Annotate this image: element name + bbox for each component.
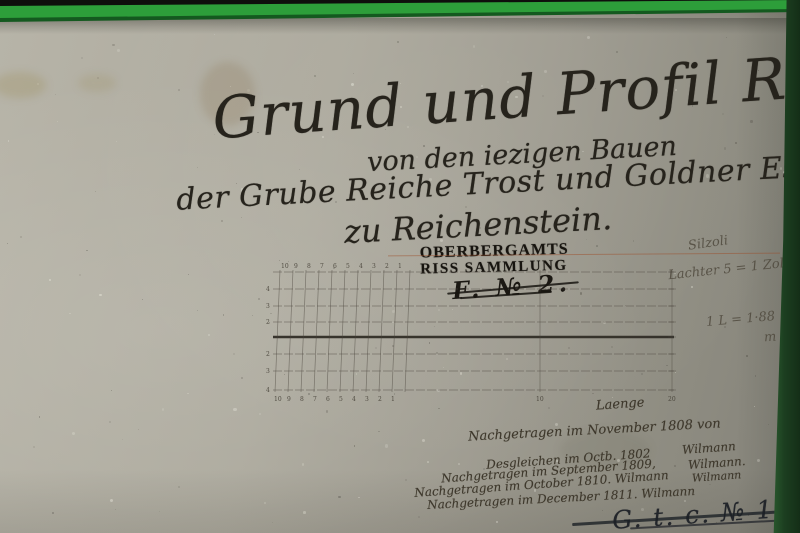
svg-text:3: 3 <box>365 396 369 403</box>
svg-text:8: 8 <box>300 396 304 403</box>
svg-text:10: 10 <box>536 396 544 403</box>
svg-text:7: 7 <box>320 263 324 270</box>
svg-text:2: 2 <box>266 319 270 326</box>
svg-text:4: 4 <box>359 263 363 270</box>
svg-text:5: 5 <box>346 263 350 270</box>
svg-text:1: 1 <box>398 263 402 270</box>
svg-text:3: 3 <box>372 263 376 270</box>
svg-text:1: 1 <box>391 396 395 403</box>
svg-text:3: 3 <box>266 368 270 375</box>
svg-text:5: 5 <box>339 396 343 403</box>
svg-text:6: 6 <box>333 263 337 270</box>
svg-text:8: 8 <box>307 263 311 270</box>
svg-text:2: 2 <box>266 351 270 358</box>
svg-text:7: 7 <box>313 396 317 403</box>
svg-text:2: 2 <box>378 396 382 403</box>
svg-text:9: 9 <box>287 396 291 403</box>
margin-note-unit: m <box>763 330 776 346</box>
svg-text:4: 4 <box>266 286 270 293</box>
svg-text:20: 20 <box>668 396 676 403</box>
svg-text:10: 10 <box>281 263 289 270</box>
svg-text:2: 2 <box>385 263 389 270</box>
frame-top-strip <box>0 0 800 30</box>
scale-bar: 10987654321109876543211020432234 <box>265 262 685 406</box>
framed-map-photo: Grund und Profil Riße von den iezigen Ba… <box>0 0 800 533</box>
svg-text:3: 3 <box>266 303 270 310</box>
svg-text:4: 4 <box>266 387 270 394</box>
svg-text:4: 4 <box>352 396 356 403</box>
svg-text:6: 6 <box>326 396 330 403</box>
svg-text:9: 9 <box>294 263 298 270</box>
svg-text:10: 10 <box>274 396 282 403</box>
